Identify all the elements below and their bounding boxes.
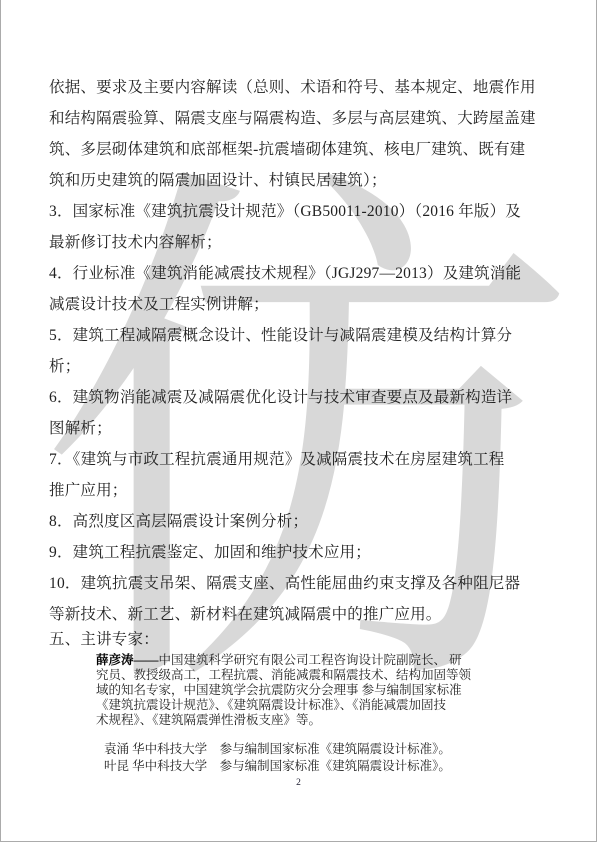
body-line: 筑、多层砌体建筑和底部框架-抗震墙砌体建筑、核电厂建筑、既有建	[49, 134, 551, 165]
expert-bio-line: 域的知名专家，中国建筑学会抗震防灾分会理事 参与编制国家标准	[96, 683, 471, 698]
expert-bio-line: 究员、教授级高工，工程抗震、消能减震和隔震技术、结构加固等领	[96, 668, 471, 683]
body-line: 3．国家标准《建筑抗震设计规范》（GB50011-2010）（2016 年版）及	[49, 196, 551, 227]
expert-bio-line: 《建筑抗震设计规范》、《建筑隔震设计标准》、《消能减震加固技	[96, 698, 471, 713]
body-line: 10．建筑抗震支吊架、隔震支座、高性能屈曲约束支撑及各种阻尼器	[49, 568, 551, 599]
other-expert-line: 袁涌 华中科技大学 参与编制国家标准《建筑隔震设计标准》。	[104, 741, 451, 758]
body-line: 7．《建筑与市政工程抗震通用规范》及减隔震技术在房屋建筑工程	[49, 444, 551, 475]
expert-bio-first-line: 薛彦涛——中国建筑科学研究有限公司工程咨询设计院副院长、 研	[96, 653, 471, 668]
body-line: 6．建筑物消能减震及减隔震优化设计与技术审查要点及最新构造详	[49, 382, 551, 413]
body-line: 8．高烈度区高层隔震设计案例分析；	[49, 506, 551, 537]
body-line: 5．建筑工程减隔震概念设计、性能设计与减隔震建模及结构计算分	[49, 320, 551, 351]
expert-bio-lines: 究员、教授级高工，工程抗震、消能减震和隔震技术、结构加固等领域的知名专家，中国建…	[96, 668, 471, 728]
expert-bio-line: 术规程》、《建筑隔震弹性滑板支座》等。	[96, 713, 471, 728]
document-page: 仿 依据、要求及主要内容解读（总则、术语和符号、基本规定、地震作用和结构隔震验算…	[0, 0, 597, 842]
body-line: 筑和历史建筑的隔震加固设计、村镇民居建筑）；	[49, 165, 551, 196]
page-number: 2	[1, 778, 596, 788]
body-line: 最新修订技术内容解析；	[49, 227, 551, 258]
body-line: 图解析；	[49, 413, 551, 444]
body-line: 9．建筑工程抗震鉴定、加固和维护技术应用；	[49, 537, 551, 568]
body-line: 和结构隔震验算、隔震支座与隔震构造、多层与高层建筑、大跨屋盖建	[49, 103, 551, 134]
other-expert-line: 叶昆 华中科技大学 参与编制国家标准《建筑隔震设计标准》。	[104, 758, 451, 775]
expert-name: 薛彦涛——	[96, 653, 159, 667]
body-line: 析；	[49, 351, 551, 382]
body-line: 4．行业标准《建筑消能减震技术规程》（JGJ297—2013）及建筑消能	[49, 258, 551, 289]
body-line: 减震设计技术及工程实例讲解；	[49, 289, 551, 320]
body-line: 推广应用；	[49, 475, 551, 506]
body-text: 依据、要求及主要内容解读（总则、术语和符号、基本规定、地震作用和结构隔震验算、隔…	[49, 72, 551, 655]
lead-expert-bio: 薛彦涛——中国建筑科学研究有限公司工程咨询设计院副院长、 研 究员、教授级高工，…	[96, 653, 471, 728]
other-experts: 袁涌 华中科技大学 参与编制国家标准《建筑隔震设计标准》。叶昆 华中科技大学 参…	[104, 741, 451, 775]
expert-bio-first-line-rest: 中国建筑科学研究有限公司工程咨询设计院副院长、 研	[159, 653, 462, 667]
body-line: 依据、要求及主要内容解读（总则、术语和符号、基本规定、地震作用	[49, 72, 551, 103]
